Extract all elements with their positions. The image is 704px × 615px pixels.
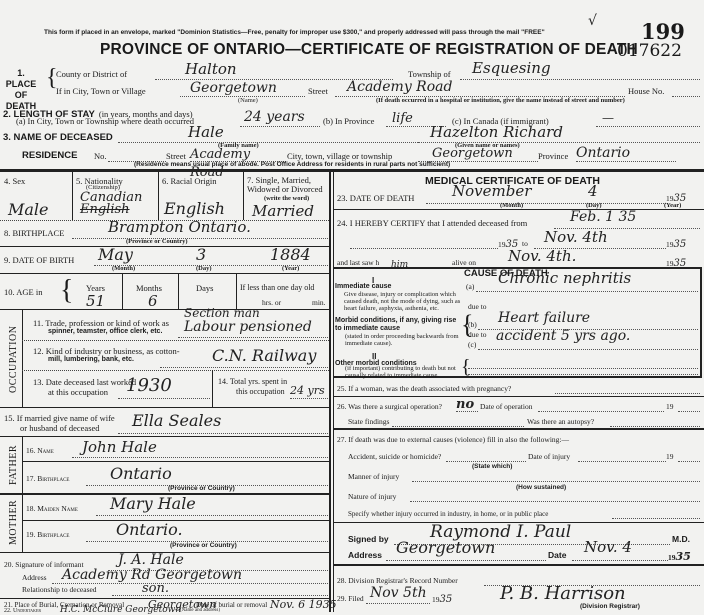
mother-name-label: 18. Maiden Name — [26, 504, 78, 513]
year-note: (Year) — [282, 265, 299, 272]
injury-year-field[interactable] — [678, 452, 700, 462]
checkmark: √ — [588, 13, 597, 29]
industry-field[interactable]: C.N. Railway — [160, 356, 328, 368]
marital-status-label: 7. Single, Married, Widowed or Divorced — [247, 176, 329, 194]
nationality-value-2[interactable]: English — [80, 202, 130, 217]
stay-a-field[interactable]: 24 years — [240, 115, 320, 127]
trade-field[interactable]: Labour pensioned — [178, 326, 328, 338]
accident-field[interactable] — [446, 452, 526, 462]
mother-side-label: MOTHER — [8, 497, 19, 547]
filed-date-field[interactable]: Nov 5th — [366, 594, 430, 604]
how-sustained-note: (How sustained) — [516, 484, 566, 491]
autopsy-label: Was there an autopsy? — [527, 417, 594, 426]
cause-c-field[interactable]: accident 5 yrs ago. — [478, 339, 698, 350]
hrs-label: hrs. or — [262, 298, 281, 307]
manner-field[interactable] — [412, 472, 700, 482]
dob-label: 9. DATE OF BIRTH — [4, 255, 74, 265]
certify-label: 24. I HEREBY CERTIFY that I attended dec… — [337, 218, 527, 228]
stay-a-label: (a) In City, Town or Township where deat… — [16, 116, 194, 126]
mother-name-field[interactable]: Mary Hale — [96, 504, 328, 516]
sex-label: 4. Sex — [4, 176, 25, 186]
relationship-field[interactable]: son. — [112, 585, 328, 596]
stay-c-field[interactable]: — — [596, 115, 700, 127]
age-years-value[interactable]: 51 — [86, 292, 105, 310]
informant-address-label: Address — [22, 573, 47, 582]
dob-day[interactable]: 3 — [196, 245, 206, 264]
month-note: (Month) — [112, 265, 135, 272]
op-year-field[interactable] — [678, 402, 700, 412]
cause-c-label: (c) — [468, 340, 476, 349]
specify-field[interactable] — [612, 510, 700, 519]
doctor-address-field[interactable]: Georgetown — [386, 550, 546, 561]
certificate-title: PROVINCE OF ONTARIO—CERTIFICATE OF REGIS… — [100, 41, 638, 59]
min-label: min. — [312, 298, 326, 307]
residence-city-label: City, town, village or township — [287, 151, 392, 161]
age-days-label: Days — [196, 283, 213, 293]
family-name-field[interactable]: Hale — [118, 131, 418, 143]
racial-origin-label: 6. Racial Origin — [162, 176, 217, 186]
morbid-label: Morbid conditions, if any, giving rise t… — [335, 317, 463, 333]
q25-field[interactable] — [555, 384, 700, 394]
due-to-2: due to — [468, 330, 487, 339]
dob-month[interactable]: May — [98, 245, 133, 264]
from-blank-field[interactable] — [350, 238, 498, 249]
father-birthplace-label: 17. Birthplace — [26, 474, 69, 483]
residence-street-label: Street — [166, 151, 186, 161]
undertaker-value[interactable]: H.C. McClure Georgetown — [60, 605, 181, 615]
record-number-label: 28. Division Registrar's Record Number — [337, 576, 458, 585]
undertaker-label: 22. Undertaker — [4, 608, 41, 614]
injury-date-label: Date of injury — [528, 452, 570, 461]
residence-note: (Residence means usual place of abode. P… — [134, 161, 450, 168]
county-label: County or District of — [56, 69, 127, 79]
q26-field[interactable]: no — [456, 402, 478, 412]
filed-label: 29. Filed — [337, 594, 364, 603]
sign-date-year: 1935 — [668, 550, 691, 563]
undertaker-note: (Name and address) — [180, 608, 220, 613]
day-note: (Day) — [196, 265, 212, 272]
op-year-prefix: 19 — [666, 402, 674, 411]
house-field[interactable] — [672, 85, 700, 97]
findings-field[interactable] — [392, 417, 524, 427]
occupation-side-label: OCCUPATION — [8, 312, 19, 406]
birthplace-field[interactable]: Brampton Ontario. — [72, 227, 328, 239]
sign-date-label: Date — [548, 550, 566, 560]
registrar-signature: P. B. Harrison — [500, 583, 626, 604]
total-years-label: 14. Total yrs. spent in — [218, 377, 287, 386]
residence-province-label: Province — [538, 151, 568, 161]
industry-sub: mill, lumbering, bank, etc. — [48, 356, 134, 363]
death-month[interactable]: November — [452, 182, 531, 200]
informant-address-field[interactable]: Academy Rd Georgetown — [52, 573, 328, 584]
residence-label: RESIDENCE — [22, 150, 77, 161]
house-label: House No. — [628, 86, 664, 96]
other-morbid-field-2[interactable] — [468, 369, 698, 375]
city-field[interactable]: Georgetown — [180, 85, 305, 97]
marital-note: (write the word) — [264, 195, 309, 202]
deceased-name-label: 3. NAME OF DECEASED — [3, 132, 113, 143]
other-morbid-field[interactable] — [468, 360, 698, 369]
other-morbid-desc: (if important) contributing to death but… — [345, 366, 463, 379]
death-year-note: (Year) — [664, 202, 681, 209]
spouse-field[interactable]: Ella Seales — [118, 422, 328, 434]
stay-b-label: (b) In Province — [323, 116, 374, 126]
dob-year[interactable]: 1884 — [270, 245, 311, 264]
racial-origin-value[interactable]: English — [164, 199, 225, 218]
death-day-note: (Day) — [586, 202, 602, 209]
trade-label: 11. Trade, profession or kind of work as — [33, 318, 169, 328]
last-worked-sub: at this occupation — [48, 387, 108, 397]
alive-on-label: alive on — [452, 258, 476, 267]
last-worked-field[interactable]: 1930 — [118, 387, 210, 399]
autopsy-field[interactable] — [610, 417, 700, 427]
q25-label: 25. If a woman, was the death associated… — [337, 384, 511, 393]
mother-birthplace-note: (Province or Country) — [170, 542, 237, 549]
last-worked-label: 13. Date deceased last worked — [33, 377, 136, 387]
specify-label: Specify whether injury occurred in indus… — [348, 510, 548, 518]
immediate-cause-label: Immediate cause — [335, 283, 391, 290]
filed-year: 1935 — [432, 594, 452, 605]
trade-value-1[interactable]: Section man — [184, 306, 260, 320]
father-side-label: FATHER — [8, 440, 19, 490]
q27-label: 27. If death was due to external causes … — [337, 435, 569, 444]
industry-label: 12. Kind of industry or business, as cot… — [33, 346, 180, 356]
spouse-label: 15. If married give name of wife — [4, 413, 115, 423]
to-year: 1935 — [666, 239, 686, 250]
injury-date-field[interactable] — [578, 452, 666, 462]
father-name-label: 16. Name — [26, 446, 54, 455]
street-label: Street — [308, 86, 328, 96]
cause-b-label: (b) — [468, 320, 477, 329]
street-field[interactable]: Academy Road — [335, 85, 625, 97]
total-years-sub: this occupation — [236, 387, 285, 396]
sign-date-field[interactable]: Nov. 4 — [572, 550, 668, 561]
brace: { — [60, 277, 73, 305]
signed-by-label: Signed by — [348, 534, 389, 544]
name-note: (Name) — [238, 97, 258, 104]
sex-value[interactable]: Male — [8, 200, 49, 219]
age-label: 10. AGE in — [4, 287, 43, 297]
nature-label: Nature of injury — [348, 492, 396, 501]
immediate-cause-desc: Give disease, injury or complication whi… — [344, 291, 464, 312]
residence-no-label: No. — [94, 151, 107, 161]
findings-label: State findings — [348, 417, 389, 426]
city-label: If in City, Town or Village — [56, 86, 146, 96]
doctor-address-label: Address — [348, 550, 382, 560]
injury-year-prefix: 19 — [666, 452, 674, 461]
burial-date-value[interactable]: Nov. 6 1935 — [270, 598, 337, 611]
age-months-value[interactable]: 6 — [148, 292, 158, 310]
date-of-death-label: 23. DATE OF DEATH — [337, 193, 414, 203]
father-name-field[interactable]: John Hale — [72, 446, 328, 458]
hospital-note: (If death occurred in a hospital or inst… — [376, 97, 625, 104]
registrar-note: (Division Registrar) — [580, 603, 640, 610]
nature-field[interactable] — [410, 492, 700, 502]
trade-sub: spinner, teamster, office clerk, etc. — [48, 328, 162, 335]
spouse-sub: or husband of deceased — [20, 423, 100, 433]
manner-label: Manner of injury — [348, 472, 399, 481]
death-month-note: (Month) — [500, 202, 523, 209]
cause-a-field[interactable]: Chronic nephritis — [476, 281, 698, 292]
mother-birthplace-label: 19. Birthplace — [26, 530, 69, 539]
cause-a-label: (a) — [466, 282, 474, 291]
township-field[interactable]: Esquesing — [460, 68, 700, 80]
residence-province-field[interactable]: Ontario — [576, 150, 676, 162]
mother-birthplace-field[interactable]: Ontario. — [86, 530, 328, 542]
accident-label: Accident, suicide or homicide? — [348, 452, 441, 461]
father-birthplace-note: (Province or Country) — [168, 485, 235, 492]
death-day[interactable]: 4 — [588, 182, 598, 200]
op-date-label: Date of operation — [480, 402, 532, 411]
birthplace-note: (Province or Country) — [126, 238, 188, 245]
last-saw-label: and last saw h — [337, 258, 379, 267]
less-than-day-label: If less than one day old — [240, 283, 314, 292]
township-label: Township of — [408, 69, 451, 79]
op-date-field[interactable] — [538, 402, 664, 412]
state-which-note: (State which) — [472, 463, 512, 470]
certificate-number: 017622 — [617, 41, 682, 61]
marital-status-value[interactable]: Married — [252, 202, 314, 220]
morbid-desc: (stated in order proceeding backwards fr… — [345, 333, 463, 347]
md-label: M.D. — [672, 534, 690, 544]
q26-label: 26. Was there a surgical operation? — [337, 402, 442, 411]
relationship-label: Relationship to deceased — [22, 585, 97, 594]
total-years-field[interactable]: 24 yrs — [290, 387, 328, 399]
birthplace-label: 8. BIRTHPLACE — [4, 228, 64, 238]
mail-notice: This form if placed in an envelope, mark… — [44, 29, 604, 36]
